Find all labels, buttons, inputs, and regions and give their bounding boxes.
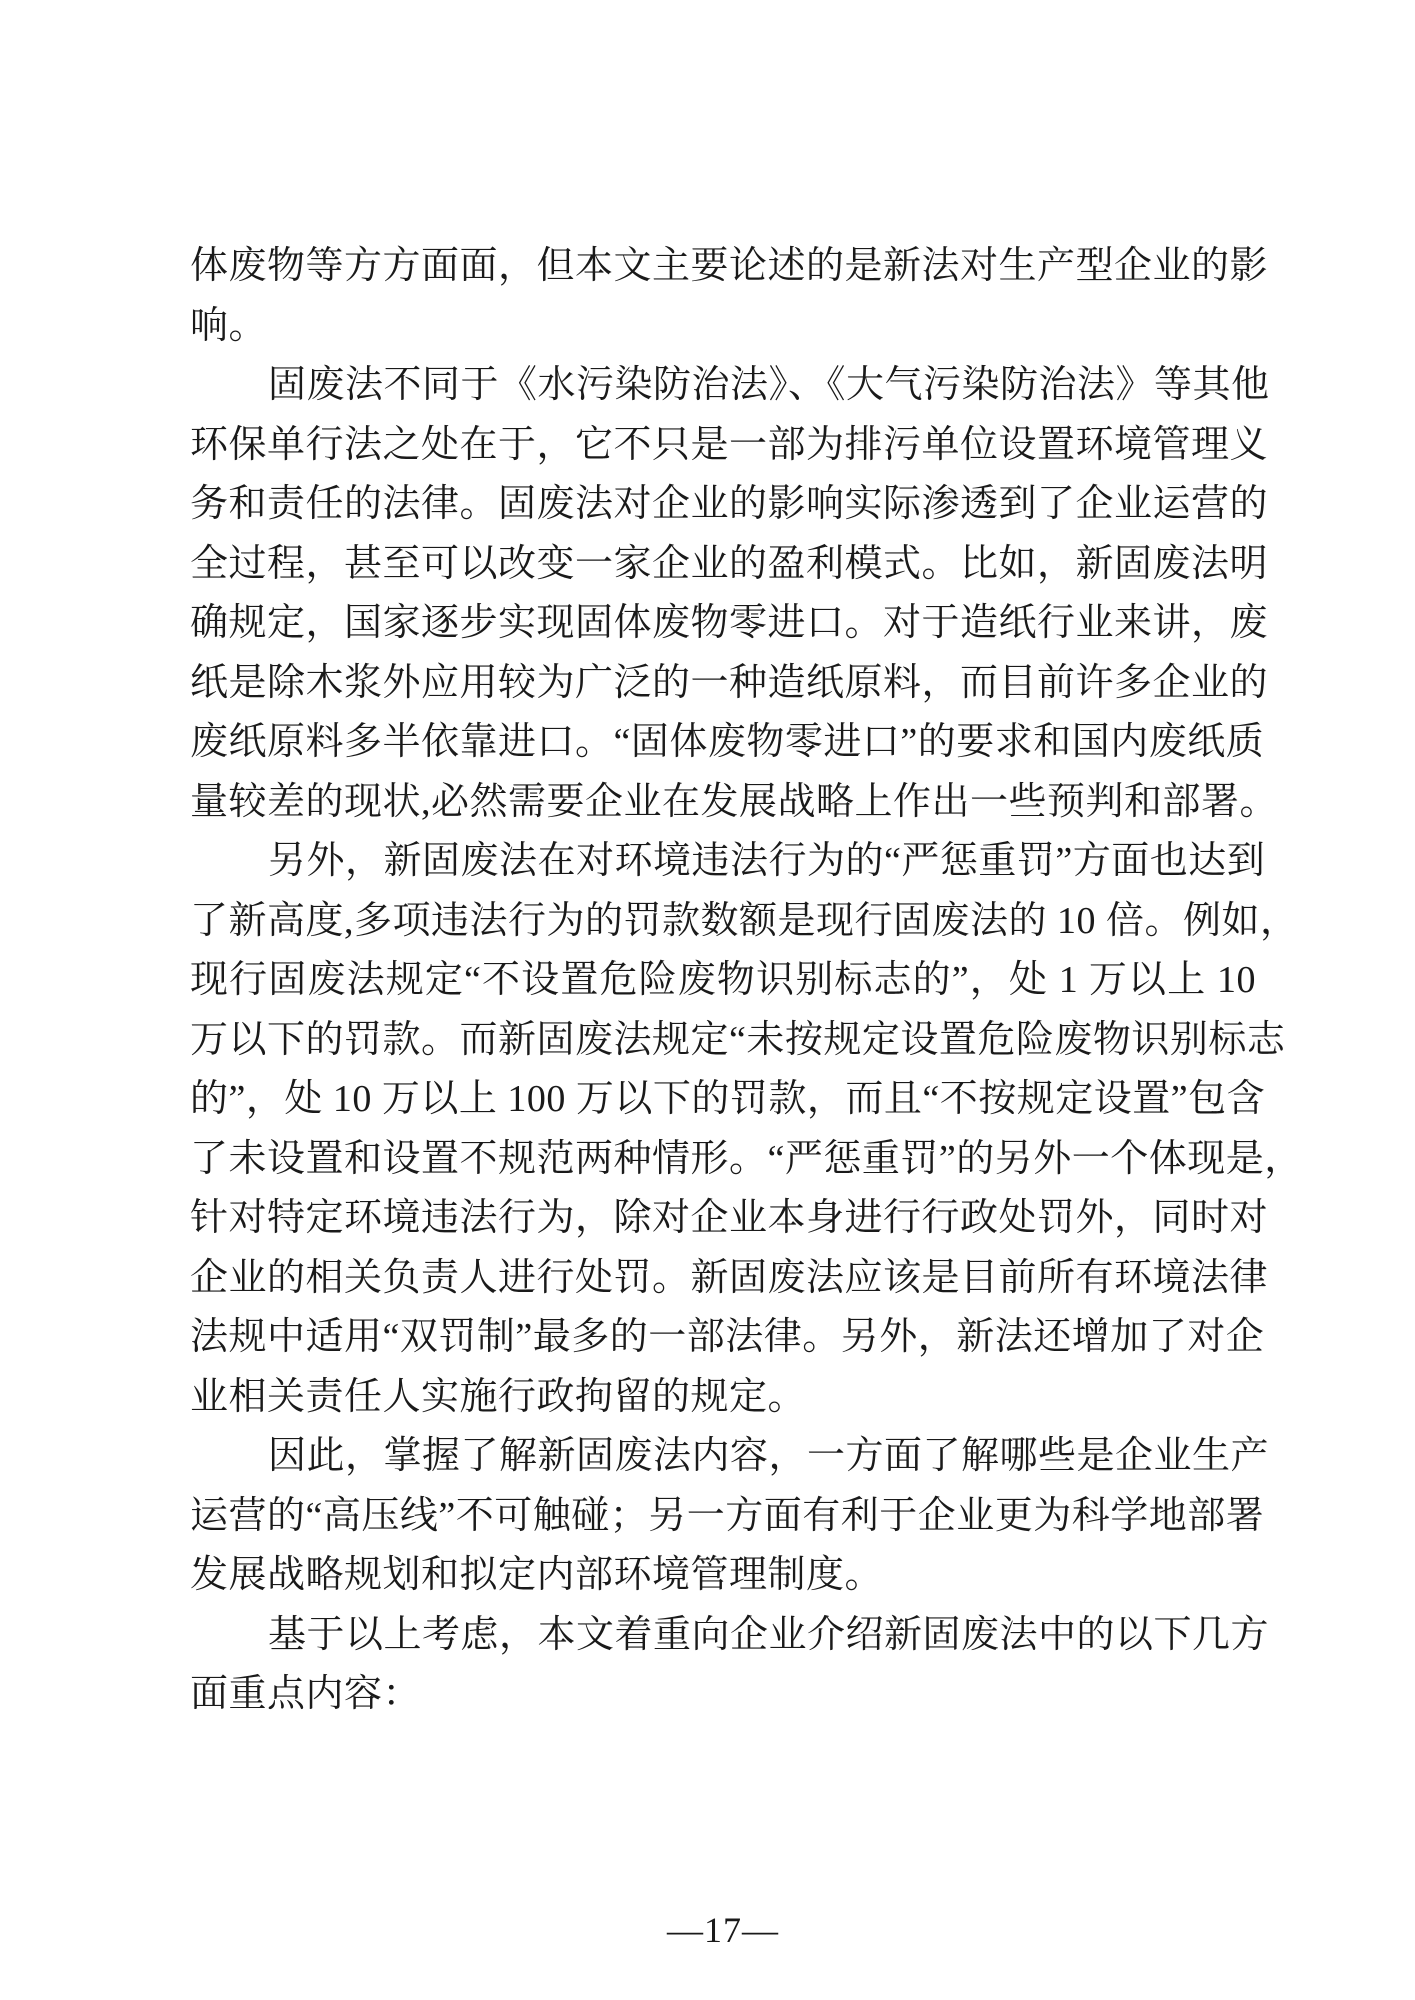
text-line: 针对特定环境违法行为，除对企业本身进行行政处罚外，同时对	[190, 1189, 1256, 1249]
page-number: —17—	[190, 1900, 1256, 1960]
text-line: 万以下的罚款。而新固废法规定“未按规定设置危险废物识别标志	[190, 1011, 1256, 1071]
text-line: 另外，新固废法在对环境违法行为的“严惩重罚”方面也达到	[190, 832, 1256, 892]
text-line: 纸是除木浆外应用较为广泛的一种造纸原料，而目前许多企业的	[190, 654, 1256, 714]
text-line: 固废法不同于《水污染防治法》、《大气污染防治法》等其他	[190, 356, 1256, 416]
text-line: 环保单行法之处在于，它不只是一部为排污单位设置环境管理义	[190, 416, 1256, 476]
text-line: 全过程，甚至可以改变一家企业的盈利模式。比如，新固废法明	[190, 535, 1256, 595]
text-line: 体废物等方方面面，但本文主要论述的是新法对生产型企业的影	[190, 237, 1256, 297]
text-line: 运营的“高压线”不可触碰；另一方面有利于企业更为科学地部署	[190, 1487, 1256, 1547]
text-line: 基于以上考虑，本文着重向企业介绍新固废法中的以下几方	[190, 1606, 1256, 1666]
text-line: 发展战略规划和拟定内部环境管理制度。	[190, 1546, 1256, 1606]
text-line: 业相关责任人实施行政拘留的规定。	[190, 1368, 1256, 1428]
document-page: 体废物等方方面面，但本文主要论述的是新法对生产型企业的影响。固废法不同于《水污染…	[0, 0, 1415, 2000]
text-line: 因此，掌握了解新固废法内容，一方面了解哪些是企业生产	[190, 1427, 1256, 1487]
text-line: 确规定，国家逐步实现固体废物零进口。对于造纸行业来讲，废	[190, 594, 1256, 654]
text-line: 企业的相关负责人进行处罚。新固废法应该是目前所有环境法律	[190, 1249, 1256, 1309]
text-line: 量较差的现状,必然需要企业在发展战略上作出一些预判和部署。	[190, 773, 1256, 833]
text-line: 响。	[190, 297, 1256, 357]
text-line: 务和责任的法律。固废法对企业的影响实际渗透到了企业运营的	[190, 475, 1256, 535]
document-body: 体废物等方方面面，但本文主要论述的是新法对生产型企业的影响。固废法不同于《水污染…	[190, 237, 1256, 1725]
text-line: 废纸原料多半依靠进口。“固体废物零进口”的要求和国内废纸质	[190, 713, 1256, 773]
text-line: 了未设置和设置不规范两种情形。“严惩重罚”的另外一个体现是，	[190, 1130, 1256, 1190]
text-line: 现行固废法规定“不设置危险废物识别标志的”，处 1 万以上 10	[190, 951, 1256, 1011]
text-line: 的”，处 10 万以上 100 万以下的罚款，而且“不按规定设置”包含	[190, 1070, 1256, 1130]
text-line: 法规中适用“双罚制”最多的一部法律。另外，新法还增加了对企	[190, 1308, 1256, 1368]
text-line: 了新高度,多项违法行为的罚款数额是现行固废法的 10 倍。例如，	[190, 892, 1256, 952]
text-line: 面重点内容：	[190, 1665, 1256, 1725]
